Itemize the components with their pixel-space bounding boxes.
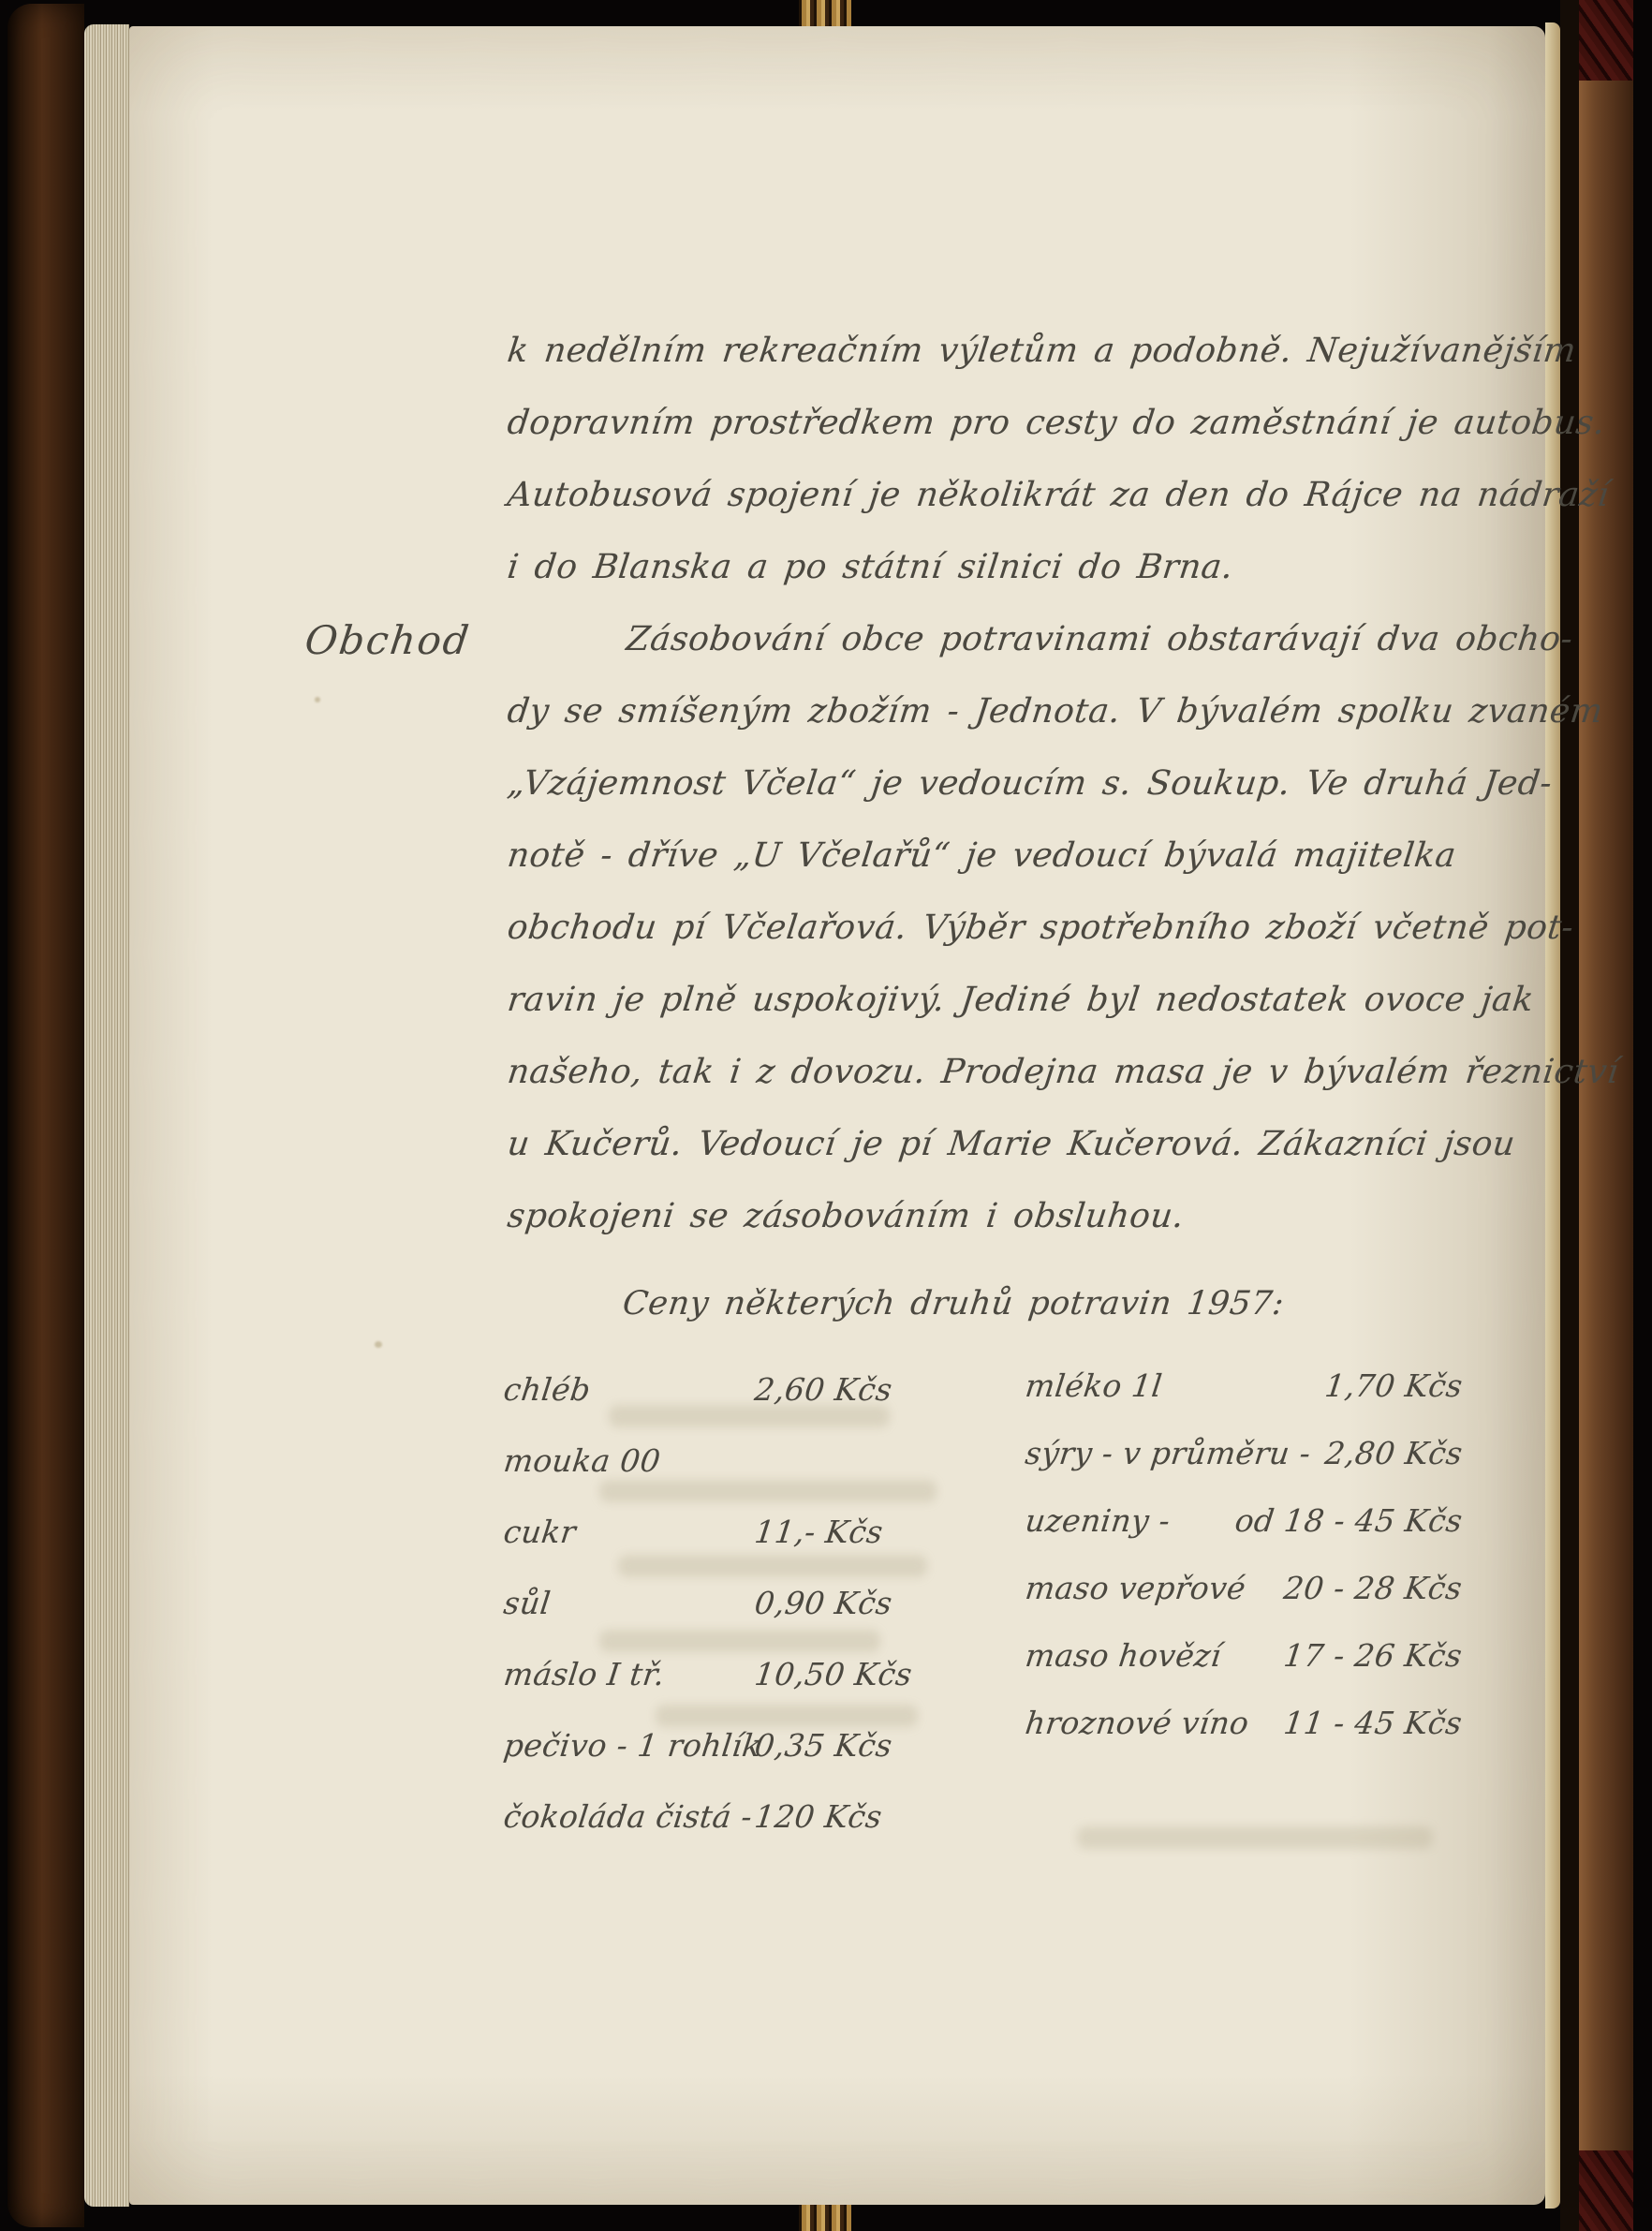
handwritten-line: obchodu pí Včelařová. Výběr spotřebního … — [508, 892, 1618, 964]
item-label: mléko 1l — [1022, 1352, 1167, 1420]
price-value: 11 - 45 Kčs — [1280, 1690, 1467, 1757]
item-label: mouka 00 — [499, 1426, 664, 1497]
price-row: sůl 0,90 Kčs — [504, 1568, 761, 1639]
price-row: mléko 1l 1,70 Kčs — [1025, 1352, 1466, 1420]
item-label: čokoláda čistá - — [499, 1781, 756, 1853]
price-value: od 18 - 45 Kčs — [1231, 1487, 1466, 1555]
price-value: 11,- Kčs — [750, 1497, 887, 1568]
handwritten-line: našeho, tak i z dovozu. Prodejna masa je… — [508, 1036, 1618, 1108]
price-value: 0,90 Kčs — [750, 1568, 896, 1639]
marbled-corner-top — [1579, 0, 1633, 81]
book-cover-left — [7, 4, 84, 2227]
price-value: 20 - 28 Kčs — [1280, 1555, 1467, 1622]
price-row: čokoláda čistá - 120 Kčs — [504, 1781, 761, 1853]
price-list-left: chléb 2,60 Kčs mouka 00 cukr 11,- Kčs sů… — [504, 1354, 761, 1853]
price-row: hroznové víno 11 - 45 Kčs — [1025, 1690, 1466, 1757]
handwritten-line: dopravním prostředkem pro cesty do zaměs… — [508, 387, 1618, 459]
item-label: pečivo - 1 rohlík — [499, 1710, 765, 1781]
paragraph-block: k nedělním rekreačním výletům a podobně.… — [508, 315, 1618, 1252]
item-label: maso vepřové — [1022, 1555, 1250, 1622]
price-value: 10,50 Kčs — [750, 1639, 916, 1710]
handwritten-line: k nedělním rekreačním výletům a podobně.… — [508, 315, 1618, 387]
handwritten-line: Zásobování obce potravinami obstarávají … — [508, 603, 1618, 675]
item-label: máslo I tř. — [499, 1639, 669, 1710]
photo-background-edge — [1633, 0, 1652, 2231]
item-label: cukr — [499, 1497, 580, 1568]
handwritten-line: u Kučerů. Vedoucí je pí Marie Kučerová. … — [508, 1108, 1618, 1180]
handwritten-line: notě - dříve „U Včelařů“ je vedoucí býva… — [508, 820, 1618, 892]
handwritten-line: i do Blanska a po státní silnici do Brna… — [508, 531, 1618, 603]
handwritten-line: spokojeni se zásobováním i obsluhou. — [508, 1180, 1618, 1252]
book-scan: Obchod k nedělním rekreačním výletům a p… — [0, 0, 1652, 2231]
price-row: mouka 00 — [504, 1426, 761, 1497]
item-label: hroznové víno — [1022, 1690, 1253, 1757]
price-value: 2,60 Kčs — [750, 1354, 896, 1426]
handwritten-line: ravin je plně uspokojivý. Jediné byl ned… — [508, 964, 1618, 1036]
price-row: pečivo - 1 rohlík 0,35 Kčs — [504, 1710, 761, 1781]
item-label: uzeniny - — [1022, 1487, 1174, 1555]
marbled-corner-bottom — [1579, 2150, 1633, 2231]
handwritten-line: Autobusová spojení je několikrát za den … — [508, 459, 1618, 531]
price-row: maso hovězí 17 - 26 Kčs — [1025, 1622, 1466, 1690]
price-value: 120 Kčs — [750, 1781, 886, 1853]
price-row: cukr 11,- Kčs — [504, 1497, 761, 1568]
price-row: maso vepřové 20 - 28 Kčs — [1025, 1555, 1466, 1622]
price-value: 17 - 26 Kčs — [1280, 1622, 1467, 1690]
price-row: uzeniny - od 18 - 45 Kčs — [1025, 1487, 1466, 1555]
show-through-smudge — [1077, 1826, 1433, 1849]
page-edges-stack — [84, 24, 129, 2207]
price-value: 2,80 Kčs — [1320, 1420, 1466, 1487]
margin-label: Obchod — [305, 604, 470, 676]
price-list-right: mléko 1l 1,70 Kčs sýry - v průměru - 2,8… — [1025, 1352, 1466, 1757]
price-value: 1,70 Kčs — [1320, 1352, 1466, 1420]
item-label: sýry - v průměru - — [1022, 1420, 1315, 1487]
price-row: chléb 2,60 Kčs — [504, 1354, 761, 1426]
paper-stain — [375, 1341, 382, 1348]
handwritten-line: „Vzájemnost Včela“ je vedoucím s. Soukup… — [508, 747, 1618, 820]
item-label: maso hovězí — [1022, 1622, 1226, 1690]
price-row: máslo I tř. 10,50 Kčs — [504, 1639, 761, 1710]
price-list-heading: Ceny některých druhů potravin 1957: — [623, 1268, 1284, 1340]
price-row: sýry - v průměru - 2,80 Kčs — [1025, 1420, 1466, 1487]
price-value: 0,35 Kčs — [750, 1710, 896, 1781]
handwritten-line: dy se smíšeným zbožím - Jednota. V býval… — [508, 675, 1618, 747]
paper-stain — [315, 697, 320, 702]
item-label: sůl — [499, 1568, 554, 1639]
item-label: chléb — [499, 1354, 595, 1426]
